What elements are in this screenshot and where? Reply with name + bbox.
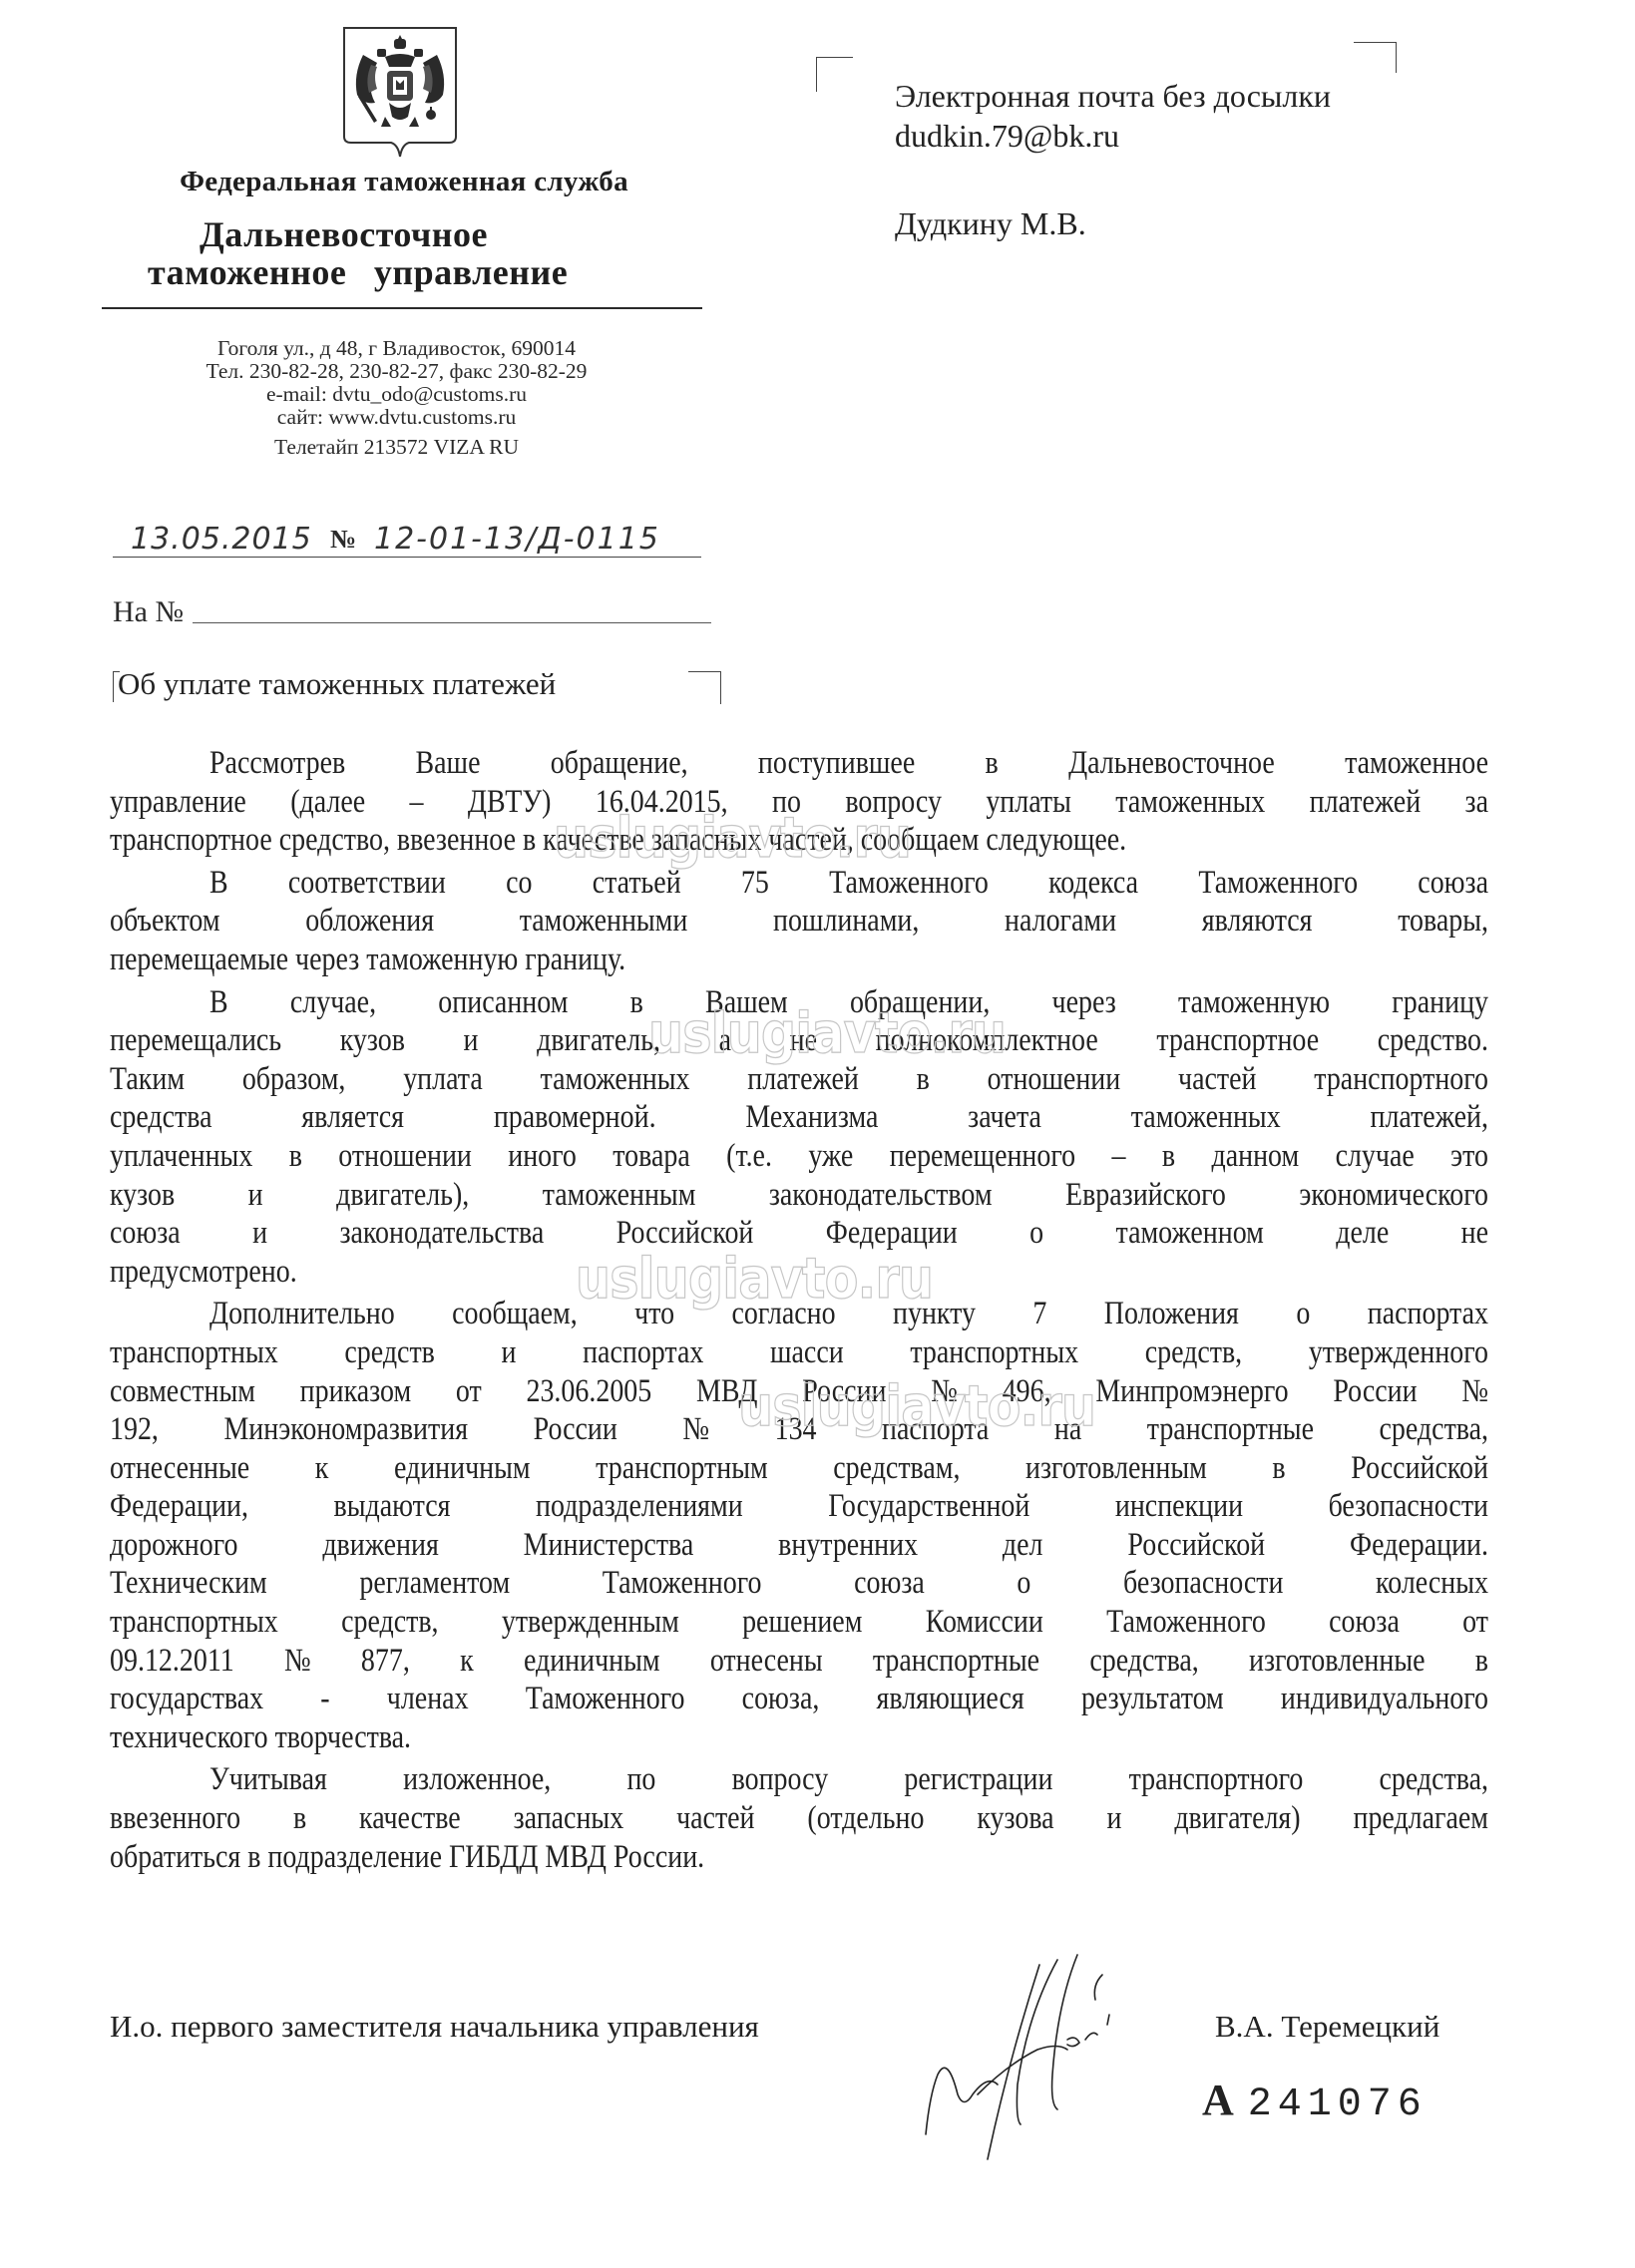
body-line: транспортных средств и паспортах шасси т…: [110, 1333, 1488, 1372]
subject-bracket-right: [688, 671, 721, 704]
recipient-email: dudkin.79@bk.ru: [895, 116, 1331, 156]
body-line: средства является правомерной. Механизма…: [110, 1098, 1488, 1137]
teletype: Телетайп 213572 VIZA RU: [120, 436, 673, 459]
body-line: Рассмотрев Ваше обращение, поступившее в…: [110, 744, 1488, 783]
body-line: технического творчества.: [110, 1718, 1488, 1757]
addressee-block: Электронная почта без досылки dudkin.79@…: [895, 76, 1331, 243]
signatory-name: В.А. Теремецкий: [1215, 2009, 1439, 2045]
registration-line: 13.05.2015 № 12-01-13/Д-0115: [113, 521, 701, 558]
watermark: uslugiavto.ru: [648, 1001, 1006, 1066]
body-line: перемещаемые через таможенную границу.: [110, 941, 1488, 979]
body-line: кузов и двигатель), таможенным законодат…: [110, 1176, 1488, 1215]
body-line: дорожного движения Министерства внутренн…: [110, 1526, 1488, 1565]
body-line: Федерации, выдаются подразделениями Госу…: [110, 1487, 1488, 1526]
watermark: uslugiavto.ru: [738, 1374, 1095, 1439]
registration-number: 12-01-13/Д-0115: [374, 522, 660, 557]
delivery-note: Электронная почта без досылки: [895, 76, 1331, 116]
registration-number-label: №: [330, 525, 356, 555]
watermark: uslugiavto.ru: [576, 1247, 933, 1312]
body-line: ввезенного в качестве запасных частей (о…: [110, 1799, 1488, 1838]
department-name-line-2: таможенное управление: [148, 251, 568, 293]
federal-service-name: Федеральная таможенная служба: [120, 166, 688, 198]
address: Гоголя ул., д 48, г Владивосток, 690014: [120, 337, 673, 360]
recipient-name: Дудкину М.В.: [895, 203, 1331, 243]
body-line: обратиться в подразделение ГИБДД МВД Рос…: [110, 1838, 1488, 1877]
form-serial-number: А241076: [1202, 2075, 1428, 2127]
addressee-bracket-right: [1354, 42, 1397, 73]
body-line: отнесенные к единичным транспортным сред…: [110, 1449, 1488, 1488]
letter-body: Рассмотрев Ваше обращение, поступившее в…: [110, 744, 1488, 1880]
form-series: А: [1202, 2076, 1234, 2124]
body-line: объектом обложения таможенными пошлинами…: [110, 902, 1488, 941]
reference-blank-line: [193, 622, 711, 623]
body-paragraph: Учитывая изложенное, по вопросу регистра…: [110, 1760, 1488, 1876]
email-address: e-mail: dvtu_odo@customs.ru: [120, 383, 673, 406]
body-line: Учитывая изложенное, по вопросу регистра…: [110, 1760, 1488, 1799]
russian-coat-of-arms-icon: [341, 25, 459, 159]
body-line: транспортных средств, утвержденным решен…: [110, 1603, 1488, 1642]
department-name-line-1: Дальневосточное: [200, 213, 488, 255]
reference-label: На №: [113, 595, 184, 629]
signatory-position: И.о. первого заместителя начальника упра…: [110, 2009, 759, 2045]
watermark: uslugiavto.ru: [554, 806, 911, 871]
body-line: уплаченных в отношении иного товара (т.е…: [110, 1137, 1488, 1176]
body-line: 09.12.2011 № 877, к единичным отнесены т…: [110, 1642, 1488, 1681]
body-paragraph: В соответствии со статьей 75 Таможенного…: [110, 864, 1488, 979]
contact-block: Гоголя ул., д 48, г Владивосток, 690014 …: [120, 337, 673, 459]
letterhead-divider: [102, 307, 702, 309]
addressee-bracket-left: [816, 57, 853, 92]
body-paragraph: Дополнительно сообщаем, что согласно пун…: [110, 1295, 1488, 1756]
body-line: Техническим регламентом Таможенного союз…: [110, 1564, 1488, 1603]
subject-line: Об уплате таможенных платежей: [118, 666, 556, 702]
body-line: государствах - членах Таможенного союза,…: [110, 1680, 1488, 1718]
phone-numbers: Тел. 230-82-28, 230-82-27, факс 230-82-2…: [120, 360, 673, 383]
handwritten-signature-icon: [918, 1945, 1147, 2164]
form-number: 241076: [1248, 2082, 1428, 2127]
website: сайт: www.dvtu.customs.ru: [120, 406, 673, 429]
registration-date: 13.05.2015: [131, 522, 312, 557]
